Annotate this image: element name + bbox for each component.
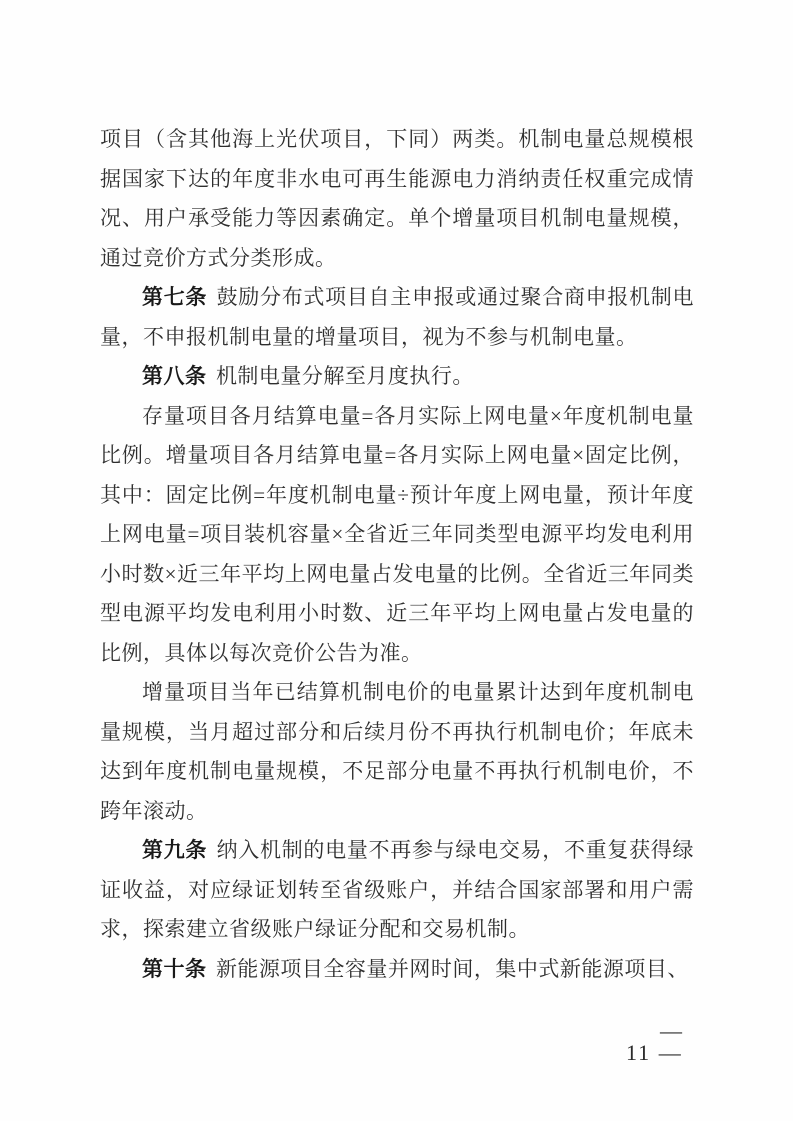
page-number: 11 — — [626, 1040, 683, 1066]
paragraph-article-9: 第九条纳入机制的电量不再参与绿电交易，不重复获得绿证收益，对应绿证划转至省级账户… — [100, 831, 694, 950]
paragraph-text: 存量项目各月结算电量=各月实际上网电量×年度机制电量比例。增量项目各月结算电量=… — [100, 404, 694, 665]
paragraph-article-7: 第七条鼓励分布式项目自主申报或通过聚合商申报机制电量，不申报机制电量的增量项目，… — [100, 278, 694, 357]
paragraph-text: 新能源项目全容量并网时间，集中式新能源项目、 — [216, 957, 689, 981]
paragraph-settlement-formula: 存量项目各月结算电量=各月实际上网电量×年度机制电量比例。增量项目各月结算电量=… — [100, 397, 694, 674]
paragraph-annual-scale: 增量项目当年已结算机制电价的电量累计达到年度机制电量规模，当月超过部分和后续月份… — [100, 673, 694, 831]
paragraph-article-10: 第十条新能源项目全容量并网时间，集中式新能源项目、 — [100, 950, 694, 990]
paragraph-text: 项目（含其他海上光伏项目，下同）两类。机制电量总规模根据国家下达的年度非水电可再… — [100, 127, 694, 270]
article-label: 第八条 — [142, 365, 207, 388]
article-label: 第十条 — [142, 958, 207, 981]
page-number-value: 11 — [626, 1040, 651, 1065]
article-label: 第七条 — [142, 286, 207, 309]
document-page: 项目（含其他海上光伏项目，下同）两类。机制电量总规模根据国家下达的年度非水电可再… — [0, 0, 793, 1121]
article-label: 第九条 — [142, 839, 207, 862]
paragraph-text: 增量项目当年已结算机制电价的电量累计达到年度机制电量规模，当月超过部分和后续月份… — [100, 680, 694, 823]
paragraph-continuation: 项目（含其他海上光伏项目，下同）两类。机制电量总规模根据国家下达的年度非水电可再… — [100, 120, 694, 278]
paragraph-text: 机制电量分解至月度执行。 — [216, 364, 474, 388]
document-text-block: 项目（含其他海上光伏项目，下同）两类。机制电量总规模根据国家下达的年度非水电可再… — [100, 120, 694, 989]
paragraph-article-8: 第八条机制电量分解至月度执行。 — [100, 357, 694, 397]
footer-dash-right: — — [659, 1040, 683, 1065]
